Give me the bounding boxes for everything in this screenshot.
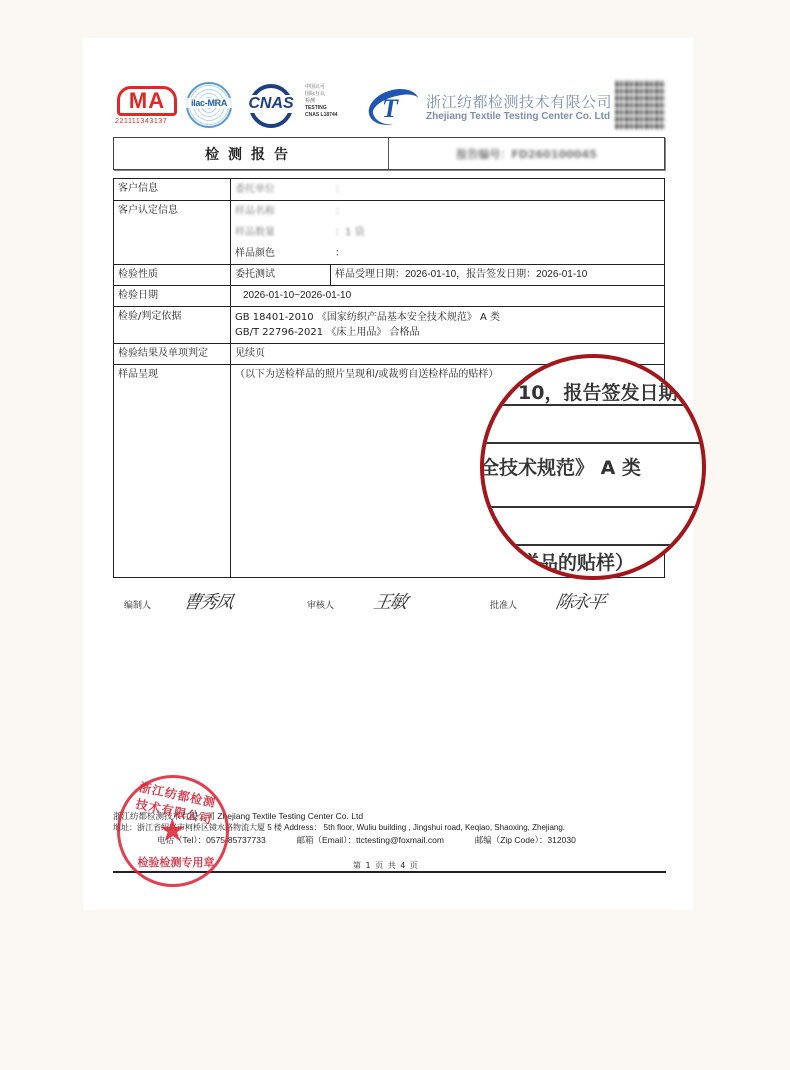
official-seal: 浙江纺都检测技术有限公司 ★ 检验检测专用章 [117, 775, 229, 887]
field-key: 样品颜色 [235, 244, 335, 264]
sample-quantity-field: 样品数量 ：1 袋 [235, 222, 660, 243]
row-label-test-results: 检验结果及单项判定 [114, 344, 231, 365]
ilac-mra-text: ilac-MRA [184, 98, 234, 108]
signature-reviewer: 王敏 [372, 588, 409, 614]
sample-color-field: 样品颜色 ： [235, 243, 660, 264]
seal-star-icon: ★ [158, 814, 187, 846]
row-label-client-info: 客户信息 [114, 179, 231, 201]
qr-code-icon [615, 80, 665, 130]
cma-logo: MA 221111343137 [115, 86, 179, 126]
field-value: ： [335, 180, 660, 200]
row-label-test-date: 检验日期 [114, 286, 231, 307]
cma-mark: MA [117, 86, 177, 116]
signature-row: 编制人 曹秀凤 审核人 王敏 批准人 陈永平 [124, 592, 644, 620]
sample-name-field: 样品名称 ： [235, 201, 660, 222]
receive-issue-dates: 样品受理日期：2026-01-10，报告签发日期：2026-01-10 [331, 265, 665, 286]
seal-purpose-text: 检验检测专用章 [134, 854, 218, 870]
client-field: 委托单位 ： [235, 179, 660, 200]
cnas-info-line: TESTING [305, 105, 338, 112]
row-label-test-basis: 检验/判定依据 [114, 307, 231, 344]
field-value: ： [335, 244, 660, 264]
field-key: 委托单位 [235, 180, 335, 200]
cnas-info-line: 检测 [305, 98, 338, 105]
table-row: 检验/判定依据 GB 18401-2010 《国家纺织产品基本安全技术规范》 A… [114, 307, 665, 344]
company-logo-icon: T [368, 86, 424, 126]
cnas-info-line: 中国认可 [305, 84, 338, 91]
field-value: ： [335, 202, 660, 222]
report-title: 检测报告 [114, 138, 389, 169]
table-row: 客户认定信息 样品名称 ： 样品数量 ：1 袋 样品颜色 ： [114, 201, 665, 265]
magnified-text: 10，报告签发日期 [518, 378, 677, 405]
test-nature-value: 委托测试 [231, 265, 331, 286]
company-logo-letter: T [382, 96, 410, 122]
signature-label-reviewer: 审核人 [307, 598, 334, 611]
magnifier-overlay: 10，报告签发日期 全技术规范》 A 类 样品的贴样） [480, 354, 706, 580]
footer-zip: 邮编（Zip Code）：312030 [475, 835, 576, 845]
row-label-sample-presentation: 样品呈现 [114, 365, 231, 578]
cnas-accreditation-number: CNAS L18744 [305, 112, 338, 119]
footer-email: 邮箱（Email）：ttctesting@foxmail.com [296, 835, 444, 845]
cnas-info: 中国认可 国际互认 检测 TESTING CNAS L18744 [305, 84, 338, 119]
cnas-text: CNAS [241, 95, 301, 113]
cnas-info-line: 国际互认 [305, 91, 338, 98]
field-value: ：1 袋 [335, 223, 660, 243]
test-date-value: 2026-01-10~2026-01-10 [231, 286, 665, 307]
signature-approver: 陈永平 [554, 588, 607, 614]
company-name-cn: 浙江纺都检测技术有限公司 [426, 91, 612, 112]
magnified-text: 全技术规范》 A 类 [480, 453, 641, 480]
field-key: 样品名称 [235, 202, 335, 222]
magnified-text: 样品的贴样） [520, 548, 634, 575]
table-row: 客户信息 委托单位 ： [114, 179, 665, 201]
table-row: 检验日期 2026-01-10~2026-01-10 [114, 286, 665, 307]
ilac-mra-logo: ilac-MRA [186, 82, 232, 128]
cma-number: 221111343137 [115, 118, 167, 125]
report-title-bar: 检测报告 报告编号：FD260100045 [113, 137, 665, 170]
cnas-logo: CNAS [241, 84, 301, 128]
company-name-en: Zhejiang Textile Testing Center Co. Ltd [426, 111, 610, 122]
row-label-test-nature: 检验性质 [114, 265, 231, 286]
page-number: 第 1 页 共 4 页 [353, 860, 419, 871]
field-key: 样品数量 [235, 223, 335, 243]
standard-line: GB 18401-2010 《国家纺织产品基本安全技术规范》 A 类 [235, 310, 660, 325]
table-row: 检验性质 委托测试 样品受理日期：2026-01-10，报告签发日期：2026-… [114, 265, 665, 286]
report-number: 报告编号：FD260100045 [389, 138, 664, 169]
signature-label-compiler: 编制人 [124, 598, 151, 611]
signature-label-approver: 批准人 [490, 598, 517, 611]
standard-line: GB/T 22796-2021 《床上用品》 合格品 [235, 325, 660, 340]
row-label-customer-claimed: 客户认定信息 [114, 201, 231, 265]
signature-compiler: 曹秀凤 [182, 588, 235, 614]
